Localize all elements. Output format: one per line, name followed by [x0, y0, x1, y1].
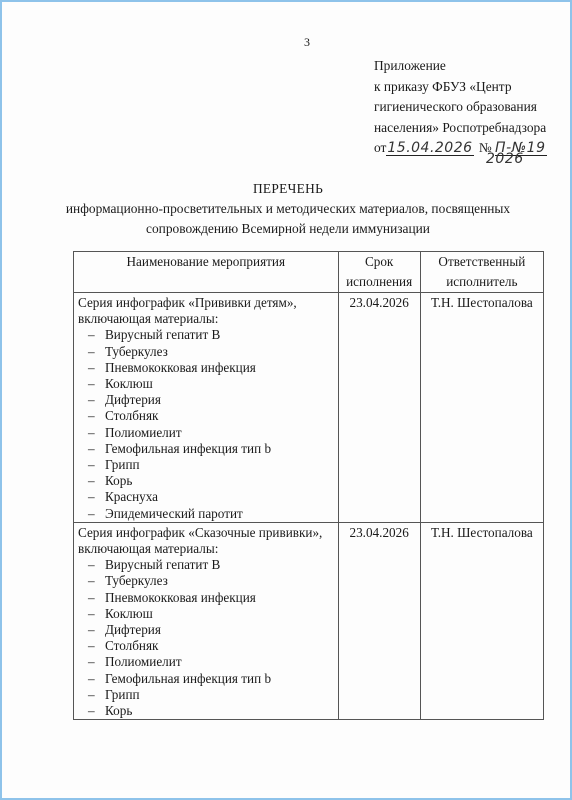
material-name: Краснуха — [105, 489, 158, 504]
material-name: Столбняк — [105, 638, 158, 653]
material-name: Полиомиелит — [105, 425, 182, 440]
event-title-continued: включающая материалы: — [78, 311, 334, 327]
material-name: Дифтерия — [105, 622, 161, 637]
material-name: Вирусный гепатит В — [105, 557, 220, 572]
dash-bullet-icon: – — [88, 327, 95, 343]
list-item: –Столбняк — [78, 638, 334, 654]
material-name: Гемофильная инфекция тип b — [105, 671, 271, 686]
dash-bullet-icon: – — [88, 638, 95, 654]
dash-bullet-icon: – — [88, 473, 95, 489]
material-name: Дифтерия — [105, 392, 161, 407]
list-item: –Гемофильная инфекция тип b — [78, 441, 334, 457]
dash-bullet-icon: – — [88, 590, 95, 606]
cell-deadline: 23.04.2026 — [338, 293, 420, 523]
material-name: Пневмококковая инфекция — [105, 360, 256, 375]
title-main: ПЕРЕЧЕНЬ — [2, 179, 572, 199]
dash-bullet-icon: – — [88, 671, 95, 687]
header-name: Наименование мероприятия — [74, 252, 339, 293]
dash-bullet-icon: – — [88, 654, 95, 670]
dash-bullet-icon: – — [88, 703, 95, 719]
material-name: Корь — [105, 473, 132, 488]
dash-bullet-icon: – — [88, 360, 95, 376]
material-name: Полиомиелит — [105, 654, 182, 669]
title-subtitle: сопровождению Всемирной недели иммунизац… — [2, 219, 572, 239]
appendix-line: населения» Роспотребнадзора — [374, 118, 547, 139]
list-item: –Дифтерия — [78, 622, 334, 638]
date-prefix: от — [374, 140, 386, 155]
list-item: –Туберкулез — [78, 573, 334, 589]
cell-deadline: 23.04.2026 — [338, 522, 420, 719]
cell-responsible: Т.Н. Шестопалова — [420, 293, 543, 523]
table-row: Серия инфографик «Прививки детям»,включа… — [74, 293, 544, 523]
dash-bullet-icon: – — [88, 573, 95, 589]
dash-bullet-icon: – — [88, 457, 95, 473]
header-responsible: Ответственный исполнитель — [420, 252, 543, 293]
dash-bullet-icon: – — [88, 425, 95, 441]
dash-bullet-icon: – — [88, 557, 95, 573]
list-item: –Краснуха — [78, 489, 334, 505]
material-name: Туберкулез — [105, 344, 168, 359]
appendix-line: к приказу ФБУЗ «Центр — [374, 77, 547, 98]
list-item: –Коклюш — [78, 376, 334, 392]
list-item: –Полиомиелит — [78, 654, 334, 670]
cell-event-name: Серия инфографик «Прививки детям»,включа… — [74, 293, 339, 523]
material-name: Грипп — [105, 687, 140, 702]
list-item: –Пневмококковая инфекция — [78, 360, 334, 376]
material-name: Коклюш — [105, 376, 153, 391]
materials-list: –Вирусный гепатит В–Туберкулез–Пневмокок… — [78, 557, 334, 719]
dash-bullet-icon: – — [88, 376, 95, 392]
document-title: ПЕРЕЧЕНЬ информационно-просветительных и… — [2, 179, 572, 239]
cell-responsible: Т.Н. Шестопалова — [420, 522, 543, 719]
material-name: Туберкулез — [105, 573, 168, 588]
material-name: Корь — [105, 703, 132, 718]
materials-table: Наименование мероприятия Срок исполнения… — [73, 251, 544, 720]
table-header-row: Наименование мероприятия Срок исполнения… — [74, 252, 544, 293]
list-item: –Грипп — [78, 687, 334, 703]
materials-list: –Вирусный гепатит В–Туберкулез–Пневмокок… — [78, 327, 334, 521]
dash-bullet-icon: – — [88, 687, 95, 703]
table-row: Серия инфографик «Сказочные прививки»,вк… — [74, 522, 544, 719]
material-name: Грипп — [105, 457, 140, 472]
appendix-line: гигиенического образования — [374, 97, 547, 118]
list-item: –Корь — [78, 473, 334, 489]
dash-bullet-icon: – — [88, 622, 95, 638]
dash-bullet-icon: – — [88, 392, 95, 408]
handwritten-date: 15.04.2026 — [386, 141, 473, 156]
handwritten-order-year: 2026 — [486, 151, 524, 167]
list-item: –Вирусный гепатит В — [78, 557, 334, 573]
list-item: –Вирусный гепатит В — [78, 327, 334, 343]
material-name: Гемофильная инфекция тип b — [105, 441, 271, 456]
appendix-header: Приложение к приказу ФБУЗ «Центр гигиени… — [374, 56, 547, 159]
list-item: –Пневмококковая инфекция — [78, 590, 334, 606]
dash-bullet-icon: – — [88, 408, 95, 424]
list-item: –Эпидемический паротит — [78, 506, 334, 522]
dash-bullet-icon: – — [88, 606, 95, 622]
event-title: Серия инфографик «Сказочные прививки», — [78, 525, 334, 541]
list-item: –Столбняк — [78, 408, 334, 424]
material-name: Вирусный гепатит В — [105, 327, 220, 342]
event-title: Серия инфографик «Прививки детям», — [78, 295, 334, 311]
page-number: 3 — [304, 35, 310, 50]
dash-bullet-icon: – — [88, 489, 95, 505]
list-item: –Полиомиелит — [78, 425, 334, 441]
header-deadline: Срок исполнения — [338, 252, 420, 293]
material-name: Коклюш — [105, 606, 153, 621]
dash-bullet-icon: – — [88, 506, 95, 522]
dash-bullet-icon: – — [88, 344, 95, 360]
title-subtitle: информационно-просветительных и методиче… — [2, 199, 572, 219]
material-name: Пневмококковая инфекция — [105, 590, 256, 605]
event-title-continued: включающая материалы: — [78, 541, 334, 557]
dash-bullet-icon: – — [88, 441, 95, 457]
list-item: –Грипп — [78, 457, 334, 473]
material-name: Столбняк — [105, 408, 158, 423]
list-item: –Туберкулез — [78, 344, 334, 360]
list-item: –Дифтерия — [78, 392, 334, 408]
document-page: 3 Приложение к приказу ФБУЗ «Центр гигие… — [0, 0, 572, 800]
material-name: Эпидемический паротит — [105, 506, 243, 521]
list-item: –Корь — [78, 703, 334, 719]
appendix-line: Приложение — [374, 56, 547, 77]
list-item: –Коклюш — [78, 606, 334, 622]
list-item: –Гемофильная инфекция тип b — [78, 671, 334, 687]
cell-event-name: Серия инфографик «Сказочные прививки»,вк… — [74, 522, 339, 719]
